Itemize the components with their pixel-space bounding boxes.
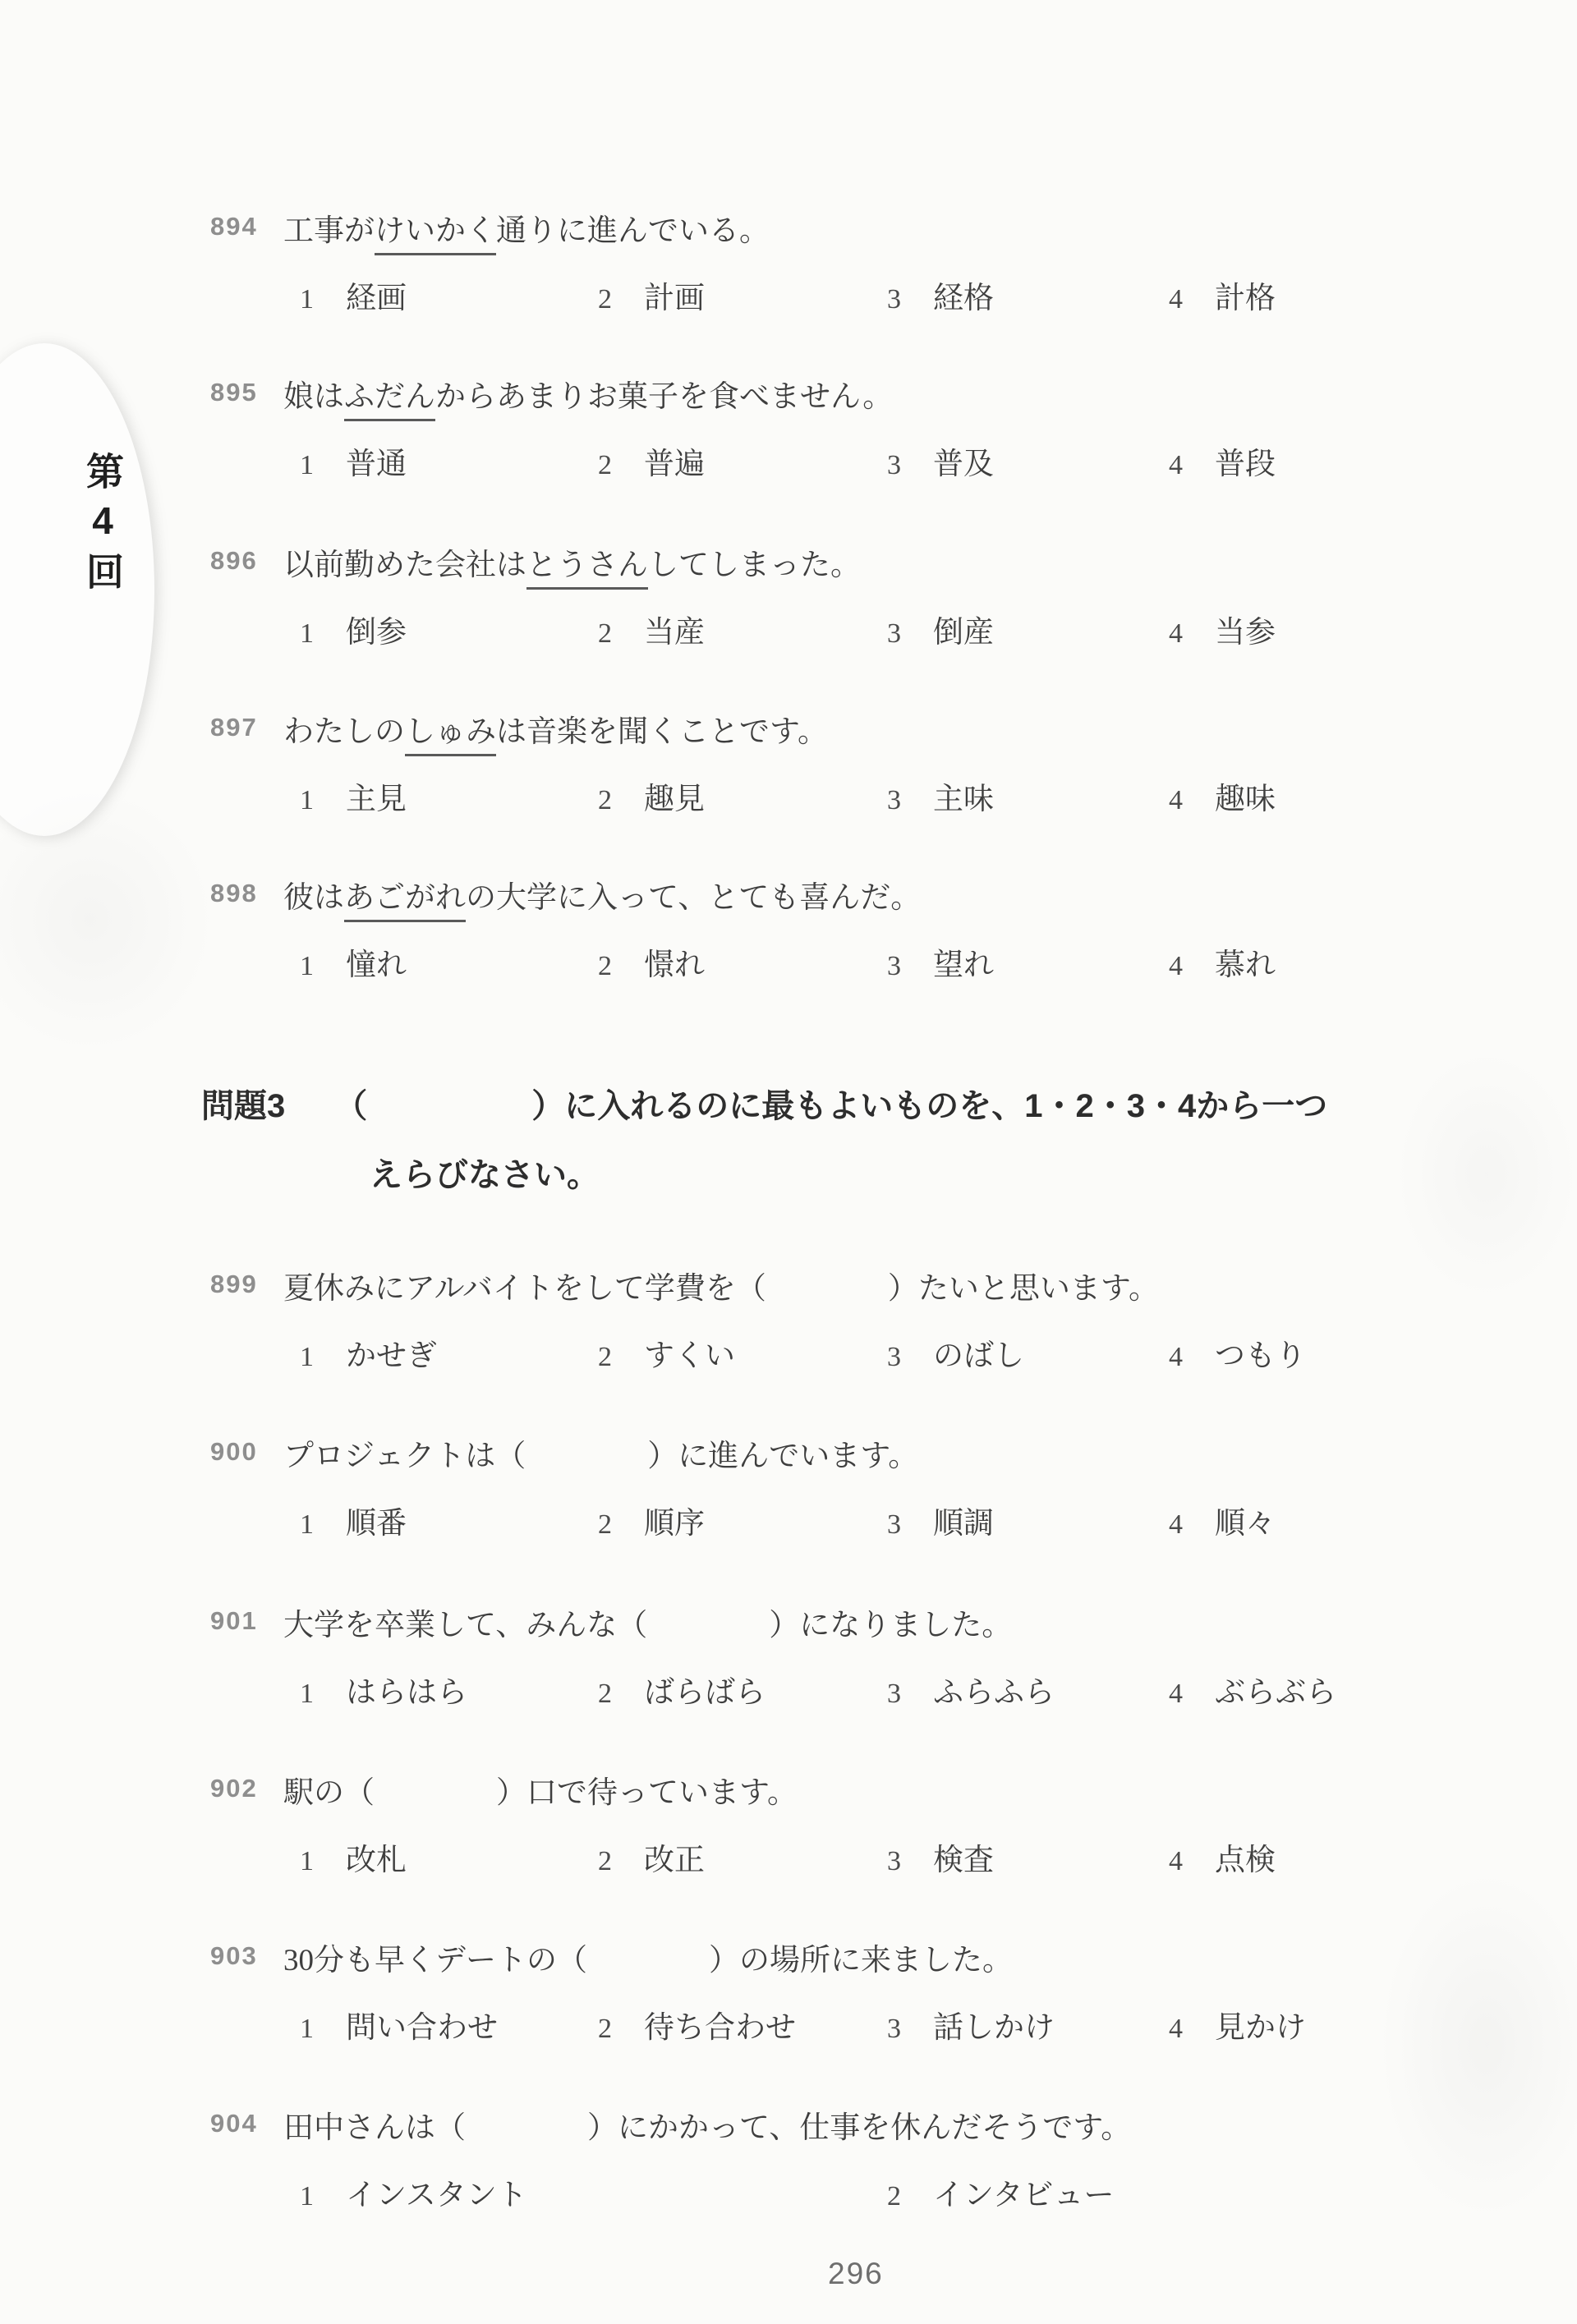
option-number: 3 <box>887 450 933 481</box>
option-item: 3望れ <box>887 939 994 984</box>
question-sentence: 30分も早くデートの（ ）の場所に来ました。 <box>283 1935 1013 1979</box>
option-label: 倒産 <box>933 616 994 650</box>
option-number: 4 <box>1169 2014 1215 2045</box>
option-item: 2インタビュー <box>887 2170 1115 2214</box>
option-label: 順調 <box>933 1507 994 1541</box>
option-label: 経格 <box>933 282 994 315</box>
option-label: 検査 <box>933 1844 994 1877</box>
option-item: 4趣味 <box>1169 774 1276 818</box>
underlined-term: あごがれ <box>344 881 466 922</box>
option-item: 4計格 <box>1169 273 1276 317</box>
option-number: 2 <box>598 951 644 982</box>
option-number: 4 <box>1169 1679 1215 1710</box>
option-label: 当産 <box>644 616 705 650</box>
option-item: 1かせぎ <box>300 1330 437 1375</box>
option-item: 1順番 <box>300 1498 407 1542</box>
option-label: 主味 <box>933 783 994 816</box>
question-number: 897 <box>210 713 258 742</box>
option-number: 3 <box>887 1679 933 1710</box>
option-label: ふらふら <box>933 1676 1055 1710</box>
option-number: 4 <box>1169 785 1215 816</box>
option-number: 1 <box>300 450 346 481</box>
page: 第4回 894 工事がけいかく通りに進んでいる。 1経画 2計画 3経格 4計格… <box>0 0 1577 2324</box>
option-label: かせぎ <box>346 1339 437 1373</box>
option-label: 点検 <box>1215 1844 1276 1877</box>
option-item: 4当参 <box>1169 607 1276 651</box>
sentence-post: は音楽を聞くことです。 <box>496 715 828 749</box>
option-label: インタビュー <box>933 2179 1115 2212</box>
option-number: 2 <box>598 2014 644 2045</box>
option-item: 2憬れ <box>598 939 705 984</box>
option-label: 普通 <box>346 448 407 481</box>
option-number: 2 <box>598 284 644 315</box>
option-number: 1 <box>300 1509 346 1541</box>
sentence-pre: プロジェクトは（ ）に進んでいます。 <box>283 1440 918 1473</box>
question-number: 894 <box>210 212 258 241</box>
sentence-pre: 田中さんは（ ）にかかって、仕事を休んだそうです。 <box>283 2111 1131 2145</box>
option-item: 3順調 <box>887 1498 994 1542</box>
option-label: 普及 <box>933 448 994 481</box>
option-item: 4点検 <box>1169 1835 1276 1879</box>
underlined-term: とうさん <box>526 549 648 590</box>
option-number: 2 <box>598 785 644 816</box>
option-item: 2順序 <box>598 1498 705 1542</box>
question-sentence: 田中さんは（ ）にかかって、仕事を休んだそうです。 <box>283 2102 1131 2147</box>
option-label: はらはら <box>346 1676 467 1710</box>
option-number: 3 <box>887 785 933 816</box>
option-label: ばらばら <box>644 1676 766 1710</box>
option-number: 3 <box>887 951 933 982</box>
option-number: 4 <box>1169 1509 1215 1541</box>
question-sentence: 駅の（ ）口で待っています。 <box>283 1767 798 1812</box>
option-item: 2ばらばら <box>598 1667 766 1711</box>
option-label: すくい <box>644 1339 735 1373</box>
sentence-post: 通りに進んでいる。 <box>496 214 770 248</box>
option-item: 4慕れ <box>1169 939 1276 984</box>
option-number: 1 <box>300 618 346 650</box>
section-heading-text: （ ）に入れるのに最もよいものを、1・2・3・4から一つ <box>334 1088 1327 1124</box>
option-item: 3主味 <box>887 774 994 818</box>
sentence-pre: 夏休みにアルバイトをして学費を（ ）たいと思います。 <box>283 1272 1159 1306</box>
sentence-post: してしまった。 <box>648 549 861 582</box>
scan-smudge <box>1380 1872 1577 2217</box>
option-item: 1経画 <box>300 273 407 317</box>
question-number: 903 <box>210 1941 258 1971</box>
option-item: 3倒産 <box>887 607 994 651</box>
option-item: 4順々 <box>1169 1498 1276 1542</box>
options-row: 1改札 2改正 3検査 4点検 <box>0 1835 1577 1876</box>
question-number: 902 <box>210 1774 258 1803</box>
option-label: 倒参 <box>346 616 407 650</box>
question-sentence: 彼はあごがれの大学に入って、とても喜んだ。 <box>283 872 921 916</box>
option-label: 憬れ <box>644 948 705 982</box>
option-number: 4 <box>1169 284 1215 315</box>
option-number: 3 <box>887 284 933 315</box>
question-sentence: 夏休みにアルバイトをして学費を（ ）たいと思います。 <box>283 1263 1159 1307</box>
page-number: 296 <box>828 2257 884 2291</box>
option-label: 望れ <box>933 948 994 982</box>
option-item: 2当産 <box>598 607 705 651</box>
question-sentence: 以前勤めた会社はとうさんしてしまった。 <box>283 540 861 584</box>
option-number: 1 <box>300 1342 346 1373</box>
option-item: 4ぶらぶら <box>1169 1667 1336 1711</box>
option-label: 話しかけ <box>933 2011 1055 2045</box>
option-number: 1 <box>300 2014 346 2045</box>
option-item: 1改札 <box>300 1835 407 1879</box>
option-label: 順序 <box>644 1507 705 1541</box>
options-row: 1順番 2順序 3順調 4順々 <box>0 1498 1577 1539</box>
option-number: 2 <box>598 1342 644 1373</box>
option-item: 4つもり <box>1169 1330 1306 1375</box>
option-number: 2 <box>598 1846 644 1877</box>
option-label: 主見 <box>346 783 407 816</box>
option-number: 1 <box>300 1679 346 1710</box>
option-number: 2 <box>598 1679 644 1710</box>
option-label: 順々 <box>1215 1507 1276 1541</box>
sentence-pre: 娘は <box>283 380 344 414</box>
question-sentence: 娘はふだんからあまりお菓子を食べません。 <box>283 371 893 416</box>
question-number: 895 <box>210 378 258 407</box>
question-sentence: 工事がけいかく通りに進んでいる。 <box>283 205 770 250</box>
option-number: 3 <box>887 618 933 650</box>
question-sentence: 大学を卒業して、みんな（ ）になりました。 <box>283 1600 1012 1644</box>
option-number: 3 <box>887 1342 933 1373</box>
option-label: 計画 <box>644 282 705 315</box>
option-number: 4 <box>1169 450 1215 481</box>
option-number: 2 <box>887 2181 933 2212</box>
option-label: 普段 <box>1215 448 1276 481</box>
options-row: 1インスタント 2インタビュー <box>0 2170 1577 2211</box>
option-label: つもり <box>1215 1339 1306 1373</box>
section-heading-line2: えらびなさい。 <box>370 1149 600 1196</box>
option-number: 2 <box>598 450 644 481</box>
option-label: 見かけ <box>1215 2011 1306 2045</box>
option-label: 憧れ <box>346 948 407 982</box>
option-number: 1 <box>300 2181 346 2212</box>
option-label: ぶらぶら <box>1215 1676 1336 1710</box>
option-item: 1インスタント <box>300 2170 527 2214</box>
option-item: 2待ち合わせ <box>598 2002 796 2046</box>
option-number: 1 <box>300 951 346 982</box>
option-number: 2 <box>598 1509 644 1541</box>
question-number: 901 <box>210 1606 258 1636</box>
option-label: 普遍 <box>644 448 705 481</box>
options-row: 1問い合わせ 2待ち合わせ 3話しかけ 4見かけ <box>0 2002 1577 2043</box>
options-row: 1憧れ 2憬れ 3望れ 4慕れ <box>0 939 1577 981</box>
section-heading-label: 問題3 <box>201 1088 285 1124</box>
option-label: のばし <box>933 1339 1024 1373</box>
question-number: 898 <box>210 879 258 908</box>
underlined-term: しゅみ <box>405 715 496 756</box>
option-item: 1憧れ <box>300 939 407 984</box>
option-item: 2すくい <box>598 1330 735 1375</box>
question-number: 900 <box>210 1437 258 1467</box>
sentence-pre: 工事が <box>283 214 375 248</box>
option-item: 1倒参 <box>300 607 407 651</box>
options-row: 1普通 2普遍 3普及 4普段 <box>0 439 1577 480</box>
option-label: 趣見 <box>644 783 705 816</box>
option-label: 順番 <box>346 1507 407 1541</box>
option-number: 1 <box>300 1846 346 1877</box>
option-label: 問い合わせ <box>346 2011 498 2045</box>
question-number: 896 <box>210 546 258 576</box>
options-row: 1経画 2計画 3経格 4計格 <box>0 273 1577 314</box>
scan-smudge <box>1396 1051 1577 1297</box>
options-row: 1主見 2趣見 3主味 4趣味 <box>0 774 1577 815</box>
option-label: 慕れ <box>1215 948 1276 982</box>
option-item: 1主見 <box>300 774 407 818</box>
option-item: 2改正 <box>598 1835 705 1879</box>
options-row: 1かせぎ 2すくい 3のばし 4つもり <box>0 1330 1577 1371</box>
sentence-pre: 大学を卒業して、みんな（ ）になりました。 <box>283 1609 1012 1642</box>
option-label: 当参 <box>1215 616 1276 650</box>
option-item: 3普及 <box>887 439 994 483</box>
underlined-term: けいかく <box>375 214 496 255</box>
sentence-pre: わたしの <box>283 715 405 749</box>
option-item: 2計画 <box>598 273 705 317</box>
option-number: 3 <box>887 1846 933 1877</box>
section-heading: 問題3（ ）に入れるのに最もよいものを、1・2・3・4から一つ <box>201 1080 1327 1127</box>
option-item: 3ふらふら <box>887 1667 1055 1711</box>
options-row: 1はらはら 2ばらばら 3ふらふら 4ぶらぶら <box>0 1667 1577 1708</box>
option-item: 1問い合わせ <box>300 2002 498 2046</box>
option-label: 経画 <box>346 282 407 315</box>
option-item: 2普遍 <box>598 439 705 483</box>
option-item: 3経格 <box>887 273 994 317</box>
option-item: 2趣見 <box>598 774 705 818</box>
option-label: 改札 <box>346 1844 407 1877</box>
option-number: 1 <box>300 284 346 315</box>
option-label: 改正 <box>644 1844 705 1877</box>
question-sentence: プロジェクトは（ ）に進んでいます。 <box>283 1431 918 1475</box>
option-label: 計格 <box>1215 282 1276 315</box>
question-number: 899 <box>210 1270 258 1299</box>
option-number: 4 <box>1169 618 1215 650</box>
option-number: 1 <box>300 785 346 816</box>
option-item: 4普段 <box>1169 439 1276 483</box>
sentence-pre: 彼は <box>283 881 344 915</box>
option-number: 3 <box>887 2014 933 2045</box>
option-number: 2 <box>598 618 644 650</box>
sentence-post: の大学に入って、とても喜んだ。 <box>466 881 921 915</box>
question-sentence: わたしのしゅみは音楽を聞くことです。 <box>283 706 828 751</box>
sentence-pre: 駅の（ ）口で待っています。 <box>283 1776 798 1810</box>
question-number: 904 <box>210 2109 258 2138</box>
options-row: 1倒参 2当産 3倒産 4当参 <box>0 607 1577 648</box>
option-label: 待ち合わせ <box>644 2011 796 2045</box>
sentence-pre: 30分も早くデートの（ ）の場所に来ました。 <box>283 1944 1013 1977</box>
option-item: 3検査 <box>887 1835 994 1879</box>
option-item: 4見かけ <box>1169 2002 1306 2046</box>
sentence-post: からあまりお菓子を食べません。 <box>435 380 893 414</box>
option-item: 3のばし <box>887 1330 1024 1375</box>
option-number: 4 <box>1169 951 1215 982</box>
option-label: 趣味 <box>1215 783 1276 816</box>
option-label: インスタント <box>346 2179 527 2212</box>
underlined-term: ふだん <box>344 380 435 421</box>
option-item: 3話しかけ <box>887 2002 1055 2046</box>
option-item: 1はらはら <box>300 1667 467 1711</box>
option-number: 4 <box>1169 1342 1215 1373</box>
option-number: 3 <box>887 1509 933 1541</box>
option-number: 4 <box>1169 1846 1215 1877</box>
sentence-pre: 以前勤めた会社は <box>283 549 526 582</box>
option-item: 1普通 <box>300 439 407 483</box>
